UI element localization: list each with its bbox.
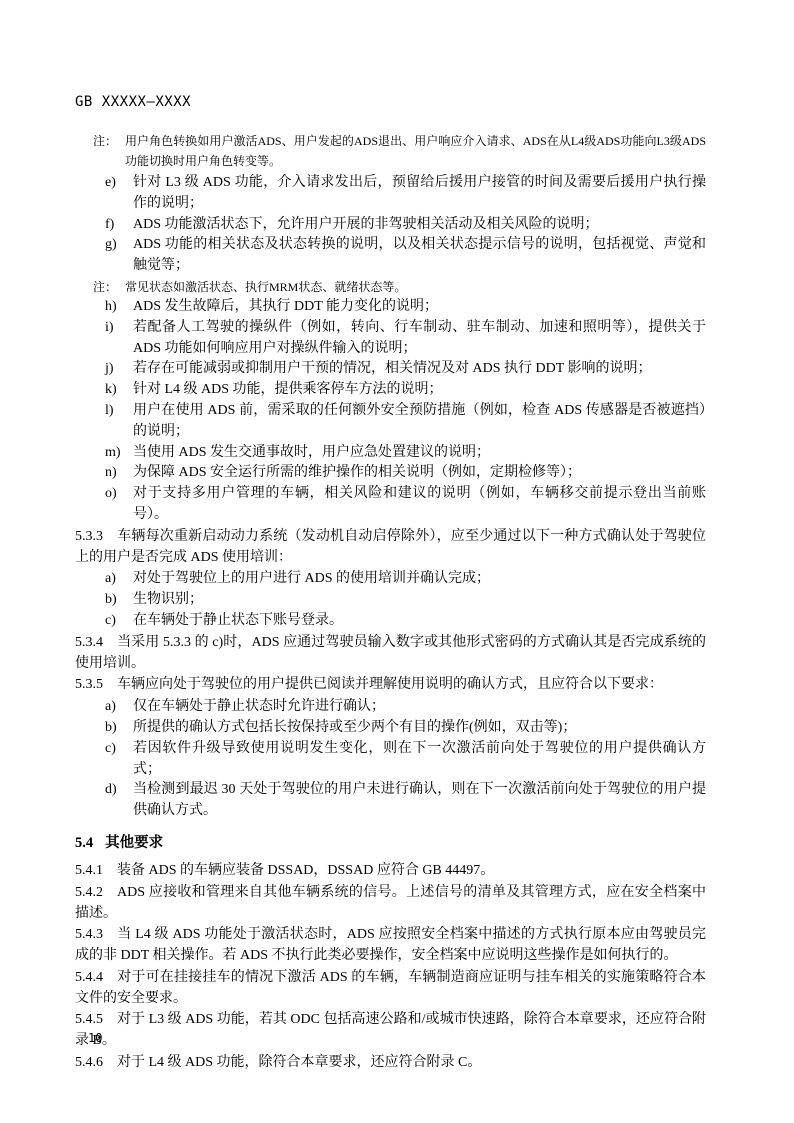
clause-5-4-2: 5.4.2ADS 应接收和管理来自其他车辆系统的信号。上述信号的清单及其管理方式…	[75, 883, 706, 925]
list-item-b: b) 所提供的确认方式包括长按保持或至少两个有目的操作(例如，双击等)；	[75, 718, 706, 739]
clause-5-4-3: 5.4.3当 L4 级 ADS 功能处于激活状态时，ADS 应按照安全档案中描述…	[75, 925, 706, 967]
note-label: 注：	[93, 277, 125, 297]
list-item-d: d) 当检测到最迟 30 天处于驾驶位的用户未进行确认，则在下一次激活前向处于驾…	[75, 780, 706, 822]
list-item-c: c) 若因软件升级导致使用说明发生变化，则在下一次激活前向处于驾驶位的用户提供确…	[75, 739, 706, 781]
item-marker: a)	[105, 697, 133, 718]
item-text: 若因软件升级导致使用说明发生变化，则在下一次激活前向处于驾驶位的用户提供确认方式…	[133, 739, 706, 781]
item-text: ADS 发生故障后，其执行 DDT 能力变化的说明；	[133, 297, 706, 318]
item-text: ADS 功能的相关状态及状态转换的说明，以及相关状态提示信号的说明，包括视觉、声…	[133, 235, 706, 277]
note-text: 用户角色转换如用户激活ADS、用户发起的ADS退出、用户响应介入请求、ADS在从…	[125, 131, 706, 171]
item-text: 生物识别；	[133, 590, 706, 611]
note-label: 注：	[93, 131, 125, 171]
item-marker: e)	[105, 173, 133, 215]
item-marker: c)	[105, 739, 133, 781]
clause-text: 当采用 5.3.3 的 c)时，ADS 应通过驾驶员输入数字或其他形式密码的方式…	[75, 635, 706, 671]
item-marker: c)	[105, 611, 133, 632]
item-text: ADS 功能激活状态下，允许用户开展的非驾驶相关活动及相关风险的说明；	[133, 215, 706, 236]
standard-header: GB XXXXX—XXXX	[75, 94, 706, 110]
item-marker: i)	[105, 318, 133, 360]
item-text: 当检测到最迟 30 天处于驾驶位的用户未进行确认，则在下一次激活前向处于驾驶位的…	[133, 780, 706, 822]
heading-number: 5.4	[75, 835, 93, 851]
clause-text: 车辆应向处于驾驶位的用户提供已阅读并理解使用说明的确认方式，且应符合以下要求：	[117, 677, 663, 692]
item-text: 用户在使用 ADS 前，需采取的任何额外安全预防措施（例如，检查 ADS 传感器…	[133, 401, 706, 443]
list-item-g: g) ADS 功能的相关状态及状态转换的说明，以及相关状态提示信号的说明，包括视…	[75, 235, 706, 277]
list-item-a: a) 仅在车辆处于静止状态时允许进行确认；	[75, 697, 706, 718]
list-item-e: e) 针对 L3 级 ADS 功能，介入请求发出后，预留给后援用户接管的时间及需…	[75, 173, 706, 215]
item-text: 当使用 ADS 发生交通事故时，用户应急处置建议的说明；	[133, 443, 706, 464]
item-text: 若存在可能减弱或抑制用户干预的情况，相关情况及对 ADS 执行 DDT 影响的说…	[133, 359, 706, 380]
document-page: GB XXXXX—XXXX 注： 用户角色转换如用户激活ADS、用户发起的ADS…	[0, 0, 794, 1123]
clause-5-3-4: 5.3.4当采用 5.3.3 的 c)时，ADS 应通过驾驶员输入数字或其他形式…	[75, 633, 706, 675]
clause-number: 5.4.6	[75, 1055, 103, 1070]
item-text: 所提供的确认方式包括长按保持或至少两个有目的操作(例如，双击等)；	[133, 718, 706, 739]
section-heading-5-4: 5.4其他要求	[75, 832, 706, 854]
clause-number: 5.4.1	[75, 863, 103, 878]
item-text: 对处于驾驶位上的用户进行 ADS 的使用培训并确认完成；	[133, 569, 706, 590]
item-marker: l)	[105, 401, 133, 443]
item-marker: b)	[105, 590, 133, 611]
list-item-k: k) 针对 L4 级 ADS 功能，提供乘客停车方法的说明；	[75, 380, 706, 401]
list-item-b: b) 生物识别；	[75, 590, 706, 611]
clause-5-4-5: 5.4.5对于 L3 级 ADS 功能，若其 ODC 包括高速公路和/或城市快速…	[75, 1010, 706, 1052]
list-item-a: a) 对处于驾驶位上的用户进行 ADS 的使用培训并确认完成；	[75, 569, 706, 590]
note-text: 常见状态如激活状态、执行MRM状态、就绪状态等。	[125, 277, 706, 297]
clause-text: 对于可在挂接挂车的情况下激活 ADS 的车辆，车辆制造商应证明与挂车相关的实施策…	[75, 970, 706, 1006]
clause-number: 5.3.3	[75, 529, 103, 544]
note: 注： 常见状态如激活状态、执行MRM状态、就绪状态等。	[75, 277, 706, 297]
item-marker: h)	[105, 297, 133, 318]
clause-text: 车辆每次重新启动动力系统（发动机自动启停除外），应至少通过以下一种方式确认处于驾…	[75, 529, 706, 565]
item-text: 为保障 ADS 安全运行所需的维护操作的相关说明（例如，定期检修等）；	[133, 463, 706, 484]
clause-5-4-4: 5.4.4对于可在挂接挂车的情况下激活 ADS 的车辆，车辆制造商应证明与挂车相…	[75, 968, 706, 1010]
clause-text: 装备 ADS 的车辆应装备 DSSAD，DSSAD 应符合 GB 44497。	[117, 863, 494, 878]
item-marker: m)	[105, 443, 133, 464]
note: 注： 用户角色转换如用户激活ADS、用户发起的ADS退出、用户响应介入请求、AD…	[75, 131, 706, 171]
item-text: 若配备人工驾驶的操纵件（例如，转向、行车制动、驻车制动、加速和照明等），提供关于…	[133, 318, 706, 360]
page-number: 10	[88, 1031, 102, 1045]
clause-5-3-5: 5.3.5车辆应向处于驾驶位的用户提供已阅读并理解使用说明的确认方式，且应符合以…	[75, 675, 706, 696]
item-marker: a)	[105, 569, 133, 590]
clause-text: ADS 应接收和管理来自其他车辆系统的信号。上述信号的清单及其管理方式，应在安全…	[75, 885, 706, 921]
item-marker: o)	[105, 484, 133, 526]
item-marker: k)	[105, 380, 133, 401]
item-marker: j)	[105, 359, 133, 380]
list-item-o: o) 对于支持多用户管理的车辆，相关风险和建议的说明（例如，车辆移交前提示登出当…	[75, 484, 706, 526]
item-marker: d)	[105, 780, 133, 822]
clause-text: 当 L4 级 ADS 功能处于激活状态时，ADS 应按照安全档案中描述的方式执行…	[75, 927, 706, 963]
list-item-f: f) ADS 功能激活状态下，允许用户开展的非驾驶相关活动及相关风险的说明；	[75, 215, 706, 236]
clause-number: 5.4.2	[75, 885, 103, 900]
item-text: 在车辆处于静止状态下账号登录。	[133, 611, 706, 632]
list-item-m: m) 当使用 ADS 发生交通事故时，用户应急处置建议的说明；	[75, 443, 706, 464]
clause-number: 5.3.5	[75, 677, 103, 692]
item-marker: b)	[105, 718, 133, 739]
item-marker: n)	[105, 463, 133, 484]
heading-title: 其他要求	[105, 835, 163, 851]
clause-5-3-3: 5.3.3车辆每次重新启动动力系统（发动机自动启停除外），应至少通过以下一种方式…	[75, 527, 706, 569]
list-item-h: h) ADS 发生故障后，其执行 DDT 能力变化的说明；	[75, 297, 706, 318]
clause-number: 5.4.5	[75, 1012, 103, 1027]
clause-number: 5.4.4	[75, 970, 103, 985]
item-text: 仅在车辆处于静止状态时允许进行确认；	[133, 697, 706, 718]
list-item-j: j) 若存在可能减弱或抑制用户干预的情况，相关情况及对 ADS 执行 DDT 影…	[75, 359, 706, 380]
item-text: 针对 L4 级 ADS 功能，提供乘客停车方法的说明；	[133, 380, 706, 401]
list-item-l: l) 用户在使用 ADS 前，需采取的任何额外安全预防措施（例如，检查 ADS …	[75, 401, 706, 443]
page-content: GB XXXXX—XXXX 注： 用户角色转换如用户激活ADS、用户发起的ADS…	[75, 94, 706, 1075]
clause-number: 5.3.4	[75, 635, 103, 650]
item-text: 对于支持多用户管理的车辆，相关风险和建议的说明（例如，车辆移交前提示登出当前账号…	[133, 484, 706, 526]
item-text: 针对 L3 级 ADS 功能，介入请求发出后，预留给后援用户接管的时间及需要后援…	[133, 173, 706, 215]
clause-text: 对于 L3 级 ADS 功能，若其 ODC 包括高速公路和/或城市快速路，除符合…	[75, 1012, 706, 1048]
item-marker: f)	[105, 215, 133, 236]
clause-number: 5.4.3	[75, 927, 103, 942]
clause-text: 对于 L4 级 ADS 功能，除符合本章要求，还应符合附录 C。	[117, 1055, 481, 1070]
clause-5-4-6: 5.4.6对于 L4 级 ADS 功能，除符合本章要求，还应符合附录 C。	[75, 1053, 706, 1074]
list-item-i: i) 若配备人工驾驶的操纵件（例如，转向、行车制动、驻车制动、加速和照明等），提…	[75, 318, 706, 360]
list-item-n: n) 为保障 ADS 安全运行所需的维护操作的相关说明（例如，定期检修等）；	[75, 463, 706, 484]
item-marker: g)	[105, 235, 133, 277]
clause-5-4-1: 5.4.1装备 ADS 的车辆应装备 DSSAD，DSSAD 应符合 GB 44…	[75, 861, 706, 882]
list-item-c: c) 在车辆处于静止状态下账号登录。	[75, 611, 706, 632]
